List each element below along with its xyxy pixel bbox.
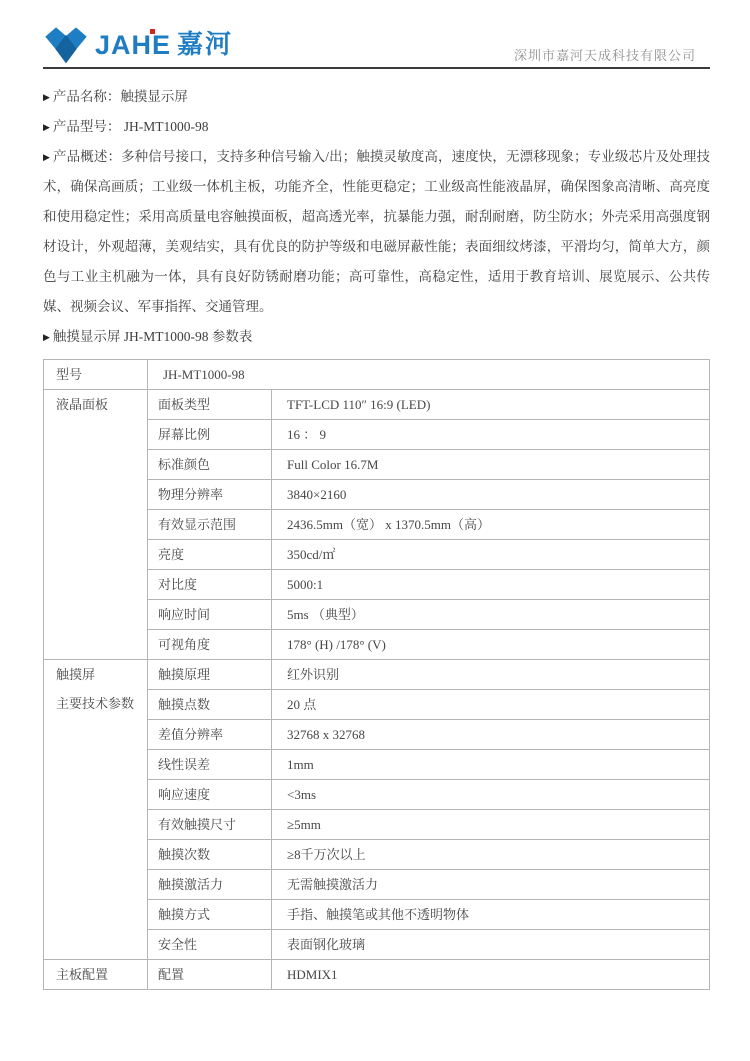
- spec-table-title: 触摸显示屏 JH-MT1000-98 参数表: [53, 329, 253, 344]
- spec-value-cell: 2436.5mm（宽） x 1370.5mm（高）: [272, 510, 710, 540]
- spec-label-cell: 对比度: [148, 570, 272, 600]
- spec-group-label: 主板配置: [44, 960, 148, 990]
- jahe-logo-mark-icon: [43, 25, 89, 65]
- spec-label-cell: 可视角度: [148, 630, 272, 660]
- spec-value-cell: 表面钢化玻璃: [272, 930, 710, 960]
- spec-label-cell: 线性误差: [148, 750, 272, 780]
- spec-label-cell: 亮度: [148, 540, 272, 570]
- spec-value-cell: 无需触摸激活力: [272, 870, 710, 900]
- spec-label-cell: 触摸点数: [148, 690, 272, 720]
- spec-value-cell: 红外识别: [272, 660, 710, 690]
- bullet-arrow-icon: ▶: [43, 152, 50, 162]
- spec-group-label: 液晶面板: [44, 390, 148, 660]
- spec-label-cell: 面板类型: [148, 390, 272, 420]
- spec-value-cell: 3840×2160: [272, 480, 710, 510]
- spec-table-body: 型号JH-MT1000-98液晶面板面板类型TFT-LCD 110″ 16:9 …: [44, 360, 710, 990]
- brand-name-cn: 嘉河: [177, 32, 233, 58]
- product-name-text: 产品名称：触摸显示屏: [53, 89, 188, 104]
- brand-name-latin: JAHE: [95, 30, 171, 60]
- table-row: 型号JH-MT1000-98: [44, 360, 710, 390]
- spec-label-cell: 差值分辨率: [148, 720, 272, 750]
- spec-group-label: 触摸屏主要技术参数: [44, 660, 148, 960]
- spec-value-cell: 1mm: [272, 750, 710, 780]
- spec-table: 型号JH-MT1000-98液晶面板面板类型TFT-LCD 110″ 16:9 …: [43, 359, 710, 990]
- spec-value-cell: 5000:1: [272, 570, 710, 600]
- spec-label-cell: 配置: [148, 960, 272, 990]
- spec-model-value: JH-MT1000-98: [148, 360, 710, 390]
- spec-value-cell: TFT-LCD 110″ 16:9 (LED): [272, 390, 710, 420]
- overview-text: 多种信号接口，支持多种信号输入/出；触摸灵敏度高，速度快，无漂移现象；专业级芯片…: [43, 149, 710, 314]
- spec-label-cell: 触摸原理: [148, 660, 272, 690]
- product-name-line: ▶产品名称：触摸显示屏: [43, 82, 710, 112]
- spec-value-cell: 350cd/㎡: [272, 540, 710, 570]
- logo: JAHE 嘉河: [43, 25, 233, 67]
- spec-value-cell: 178° (H) /178° (V): [272, 630, 710, 660]
- spec-value-cell: 32768 x 32768: [272, 720, 710, 750]
- spec-value-cell: ≥5mm: [272, 810, 710, 840]
- spec-label-cell: 物理分辨率: [148, 480, 272, 510]
- spec-label-cell: 触摸激活力: [148, 870, 272, 900]
- table-row: 液晶面板面板类型TFT-LCD 110″ 16:9 (LED): [44, 390, 710, 420]
- brand-latin-wrap: JAHE: [95, 32, 171, 59]
- product-info-section: ▶产品名称：触摸显示屏 ▶产品型号： JH-MT1000-98 ▶产品概述：多种…: [43, 82, 710, 352]
- spec-model-label: 型号: [44, 360, 148, 390]
- spec-label-cell: 安全性: [148, 930, 272, 960]
- product-model-text: 产品型号： JH-MT1000-98: [53, 119, 209, 134]
- spec-label-cell: 屏幕比例: [148, 420, 272, 450]
- spec-label-cell: 响应时间: [148, 600, 272, 630]
- page-header: JAHE 嘉河 深圳市嘉河天成科技有限公司: [43, 0, 710, 69]
- spec-value-cell: 手指、触摸笔或其他不透明物体: [272, 900, 710, 930]
- product-overview-paragraph: ▶产品概述：多种信号接口，支持多种信号输入/出；触摸灵敏度高，速度快，无漂移现象…: [43, 142, 710, 322]
- brand-red-dot-icon: [150, 29, 155, 34]
- spec-value-cell: 5ms （典型）: [272, 600, 710, 630]
- spec-value-cell: Full Color 16.7M: [272, 450, 710, 480]
- product-model-line: ▶产品型号： JH-MT1000-98: [43, 112, 710, 142]
- company-name: 深圳市嘉河天成科技有限公司: [514, 45, 710, 67]
- spec-label-cell: 有效触摸尺寸: [148, 810, 272, 840]
- spec-value-cell: <3ms: [272, 780, 710, 810]
- table-row: 主板配置配置HDMIX1: [44, 960, 710, 990]
- spec-label-cell: 标准颜色: [148, 450, 272, 480]
- overview-label: 产品概述：: [53, 149, 121, 164]
- table-row: 触摸屏主要技术参数触摸原理红外识别: [44, 660, 710, 690]
- bullet-arrow-icon: ▶: [43, 122, 50, 132]
- product-spec-page: JAHE 嘉河 深圳市嘉河天成科技有限公司 ▶产品名称：触摸显示屏 ▶产品型号：…: [0, 0, 750, 1061]
- bullet-arrow-icon: ▶: [43, 332, 50, 342]
- spec-label-cell: 有效显示范围: [148, 510, 272, 540]
- spec-table-title-line: ▶触摸显示屏 JH-MT1000-98 参数表: [43, 322, 710, 352]
- spec-value-cell: 20 点: [272, 690, 710, 720]
- bullet-arrow-icon: ▶: [43, 92, 50, 102]
- spec-value-cell: 16 ： 9: [272, 420, 710, 450]
- spec-value-cell: ≥8千万次以上: [272, 840, 710, 870]
- spec-label-cell: 响应速度: [148, 780, 272, 810]
- spec-label-cell: 触摸次数: [148, 840, 272, 870]
- spec-label-cell: 触摸方式: [148, 900, 272, 930]
- spec-value-cell: HDMIX1: [272, 960, 710, 990]
